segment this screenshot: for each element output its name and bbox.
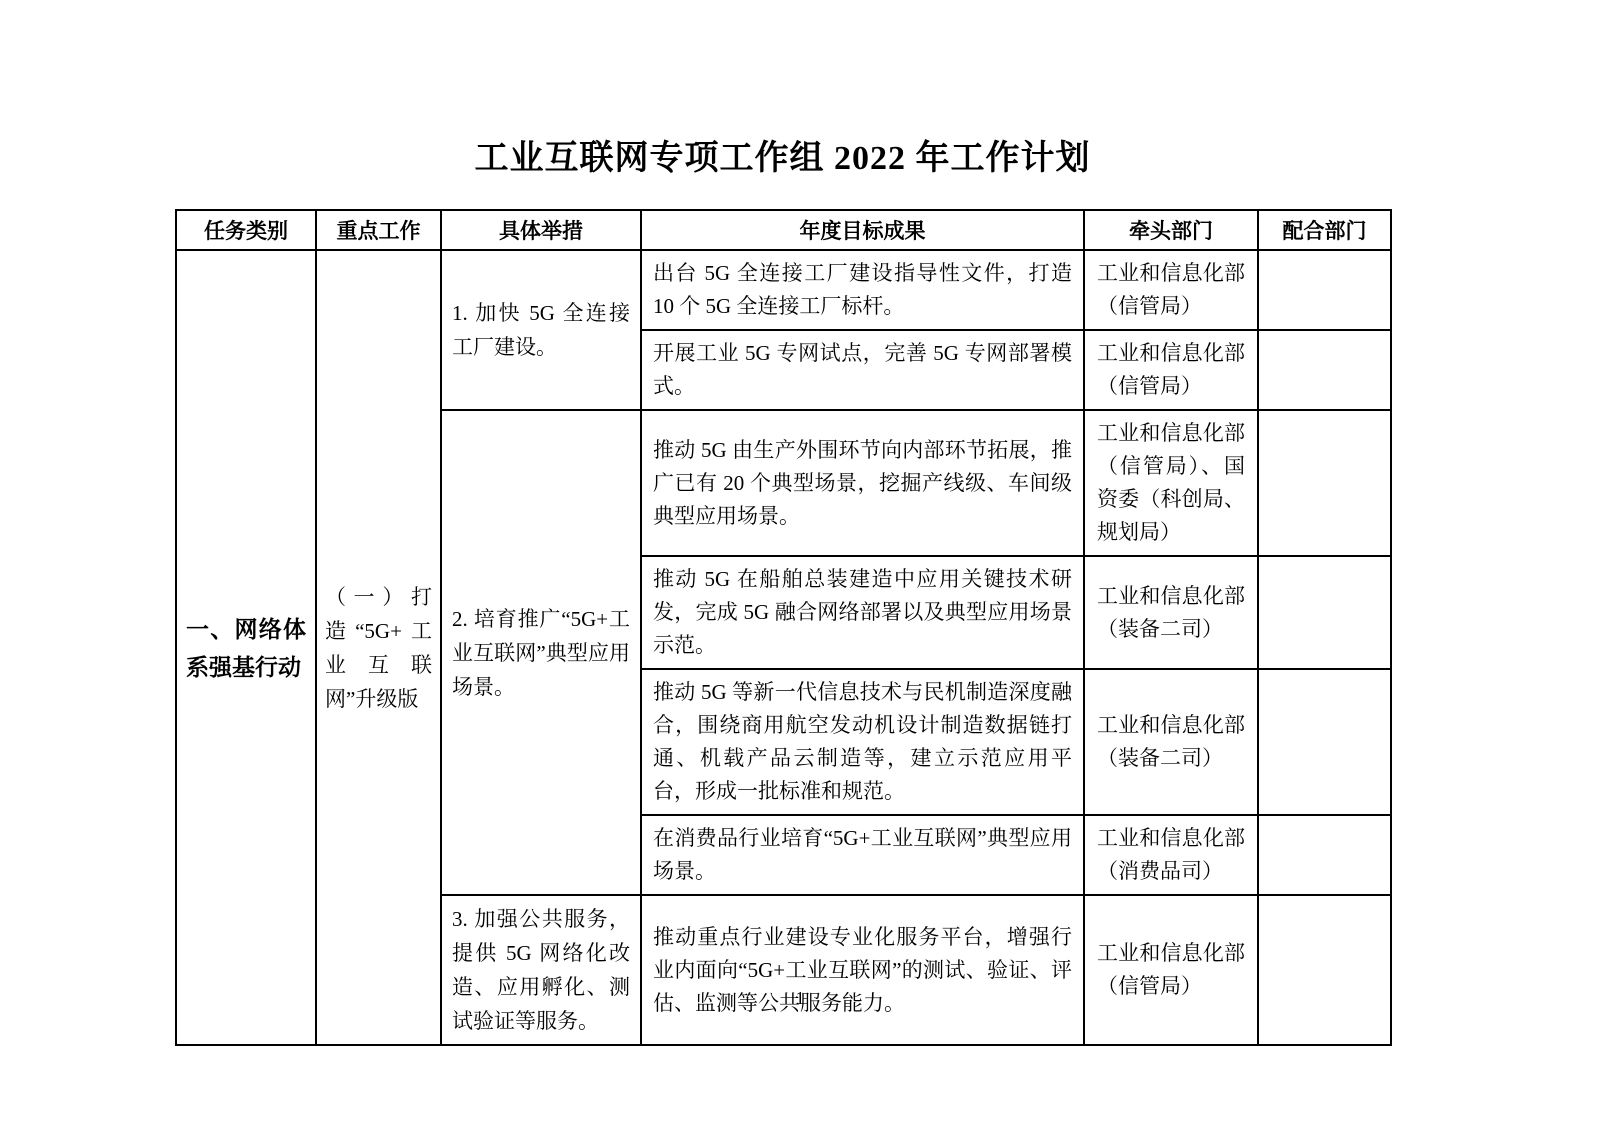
measure-cell-2: 2. 培育推广“5G+工业互联网”典型应用场景。: [441, 410, 641, 895]
header-measures: 具体举措: [441, 210, 641, 250]
lead-department-cell: 工业和信息化部（装备二司）: [1084, 669, 1258, 815]
lead-department-cell: 工业和信息化部（信管局）、国资委（科创局、规划局）: [1084, 410, 1258, 556]
table-header-row: 任务类别 重点工作 具体举措 年度目标成果 牵头部门 配合部门: [176, 210, 1391, 250]
measure-cell-3: 3. 加强公共服务，提供 5G 网络化改造、应用孵化、测试验证等服务。: [441, 895, 641, 1045]
lead-department-cell: 工业和信息化部（信管局）: [1084, 250, 1258, 330]
header-task-category: 任务类别: [176, 210, 316, 250]
key-work-cell: （一）打造“5G+工业互联网”升级版: [316, 250, 441, 1045]
document-content: 工业互联网专项工作组 2022 年工作计划 任务类别 重点工作 具体举措 年度目…: [175, 0, 1390, 1046]
lead-department-cell: 工业和信息化部（装备二司）: [1084, 556, 1258, 669]
support-department-cell: [1258, 556, 1391, 669]
lead-department-cell: 工业和信息化部（信管局）: [1084, 895, 1258, 1045]
table-row: 一、网络体系强基行动 （一）打造“5G+工业互联网”升级版 1. 加快 5G 全…: [176, 250, 1391, 330]
page-number: 1: [0, 988, 1600, 1009]
measure-cell-1: 1. 加快 5G 全连接工厂建设。: [441, 250, 641, 410]
outcome-cell: 推动 5G 在船舶总装建造中应用关键技术研发，完成 5G 融合网络部署以及典型应…: [641, 556, 1084, 669]
outcome-cell: 推动重点行业建设专业化服务平台，增强行业内面向“5G+工业互联网”的测试、验证、…: [641, 895, 1084, 1045]
lead-department-cell: 工业和信息化部（信管局）: [1084, 330, 1258, 410]
header-lead-department: 牵头部门: [1084, 210, 1258, 250]
support-department-cell: [1258, 669, 1391, 815]
header-key-work: 重点工作: [316, 210, 441, 250]
outcome-cell: 推动 5G 由生产外围环节向内部环节拓展，推广已有 20 个典型场景，挖掘产线级…: [641, 410, 1084, 556]
outcome-cell: 推动 5G 等新一代信息技术与民机制造深度融合，围绕商用航空发动机设计制造数据链…: [641, 669, 1084, 815]
support-department-cell: [1258, 895, 1391, 1045]
support-department-cell: [1258, 330, 1391, 410]
support-department-cell: [1258, 815, 1391, 895]
lead-department-cell: 工业和信息化部（消费品司）: [1084, 815, 1258, 895]
outcome-cell: 在消费品行业培育“5G+工业互联网”典型应用场景。: [641, 815, 1084, 895]
document-title: 工业互联网专项工作组 2022 年工作计划: [175, 130, 1390, 179]
outcome-cell: 开展工业 5G 专网试点，完善 5G 专网部署模式。: [641, 330, 1084, 410]
support-department-cell: [1258, 410, 1391, 556]
header-support-department: 配合部门: [1258, 210, 1391, 250]
header-annual-outcome: 年度目标成果: [641, 210, 1084, 250]
support-department-cell: [1258, 250, 1391, 330]
task-category-cell: 一、网络体系强基行动: [176, 250, 316, 1045]
outcome-cell: 出台 5G 全连接工厂建设指导性文件，打造 10 个 5G 全连接工厂标杆。: [641, 250, 1084, 330]
document-page: 工业互联网专项工作组 2022 年工作计划 任务类别 重点工作 具体举措 年度目…: [0, 0, 1600, 1130]
work-plan-table: 任务类别 重点工作 具体举措 年度目标成果 牵头部门 配合部门 一、网络体系强基…: [175, 209, 1392, 1046]
